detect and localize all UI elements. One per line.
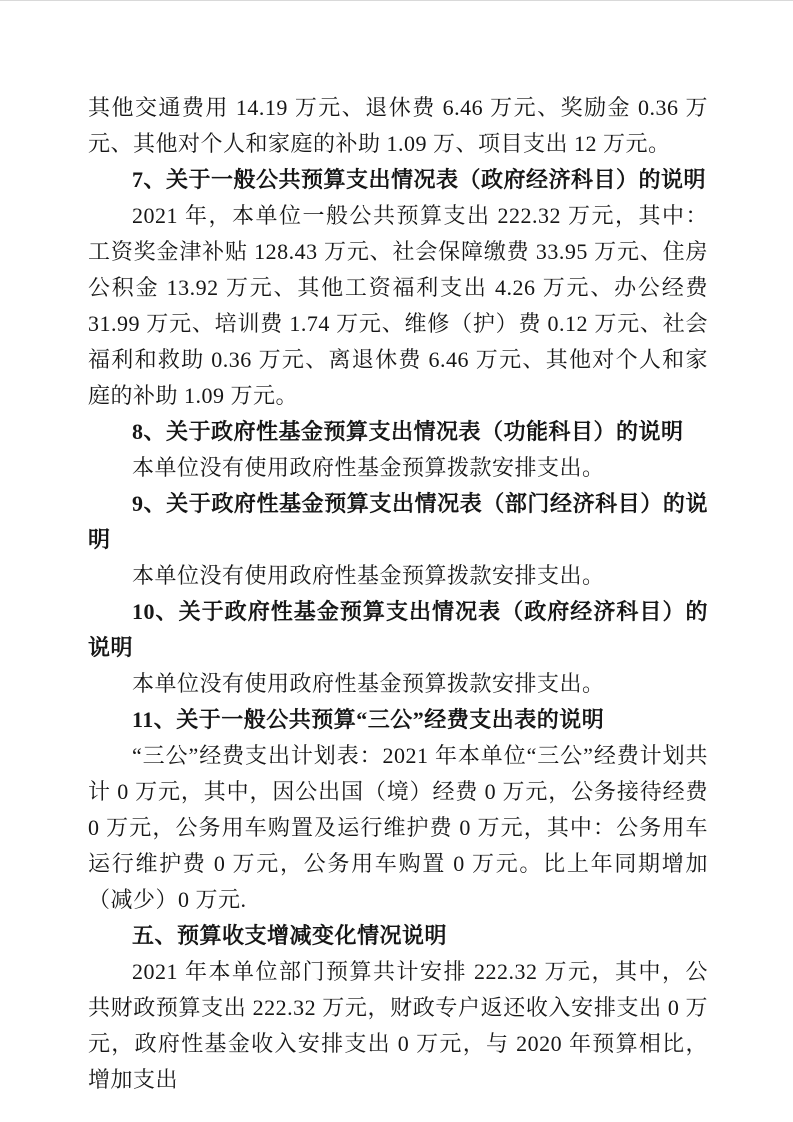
paragraph-other-expenses-continuation: 其他交通费用 14.19 万元、退休费 6.46 万元、奖励金 0.36 万元、… bbox=[88, 90, 708, 162]
paragraph-section-10-detail: 本单位没有使用政府性基金预算拨款安排支出。 bbox=[88, 666, 708, 702]
heading-section-9-gov-fund-department-economic: 9、关于政府性基金预算支出情况表（部门经济科目）的说明 bbox=[88, 486, 708, 558]
paragraph-chapter-5-detail: 2021 年本单位部门预算共计安排 222.32 万元，其中，公共财政预算支出 … bbox=[88, 954, 708, 1098]
heading-section-11-three-public-expenses: 11、关于一般公共预算“三公”经费支出表的说明 bbox=[88, 702, 708, 738]
paragraph-section-8-detail: 本单位没有使用政府性基金预算拨款安排支出。 bbox=[88, 450, 708, 486]
paragraph-section-9-detail: 本单位没有使用政府性基金预算拨款安排支出。 bbox=[88, 558, 708, 594]
heading-section-8-gov-fund-functional: 8、关于政府性基金预算支出情况表（功能科目）的说明 bbox=[88, 414, 708, 450]
heading-chapter-5-budget-change-explanation: 五、预算收支增减变化情况说明 bbox=[88, 918, 708, 954]
paragraph-section-11-detail: “三公”经费支出计划表：2021 年本单位“三公”经费计划共计 0 万元，其中，… bbox=[88, 738, 708, 918]
document-page: 其他交通费用 14.19 万元、退休费 6.46 万元、奖励金 0.36 万元、… bbox=[0, 0, 793, 1122]
paragraph-section-7-detail: 2021 年，本单位一般公共预算支出 222.32 万元，其中：工资奖金津补贴 … bbox=[88, 198, 708, 414]
heading-section-7-general-public-budget-gov-economic: 7、关于一般公共预算支出情况表（政府经济科目）的说明 bbox=[88, 162, 708, 198]
heading-section-10-gov-fund-gov-economic: 10、关于政府性基金预算支出情况表（政府经济科目）的说明 bbox=[88, 594, 708, 666]
